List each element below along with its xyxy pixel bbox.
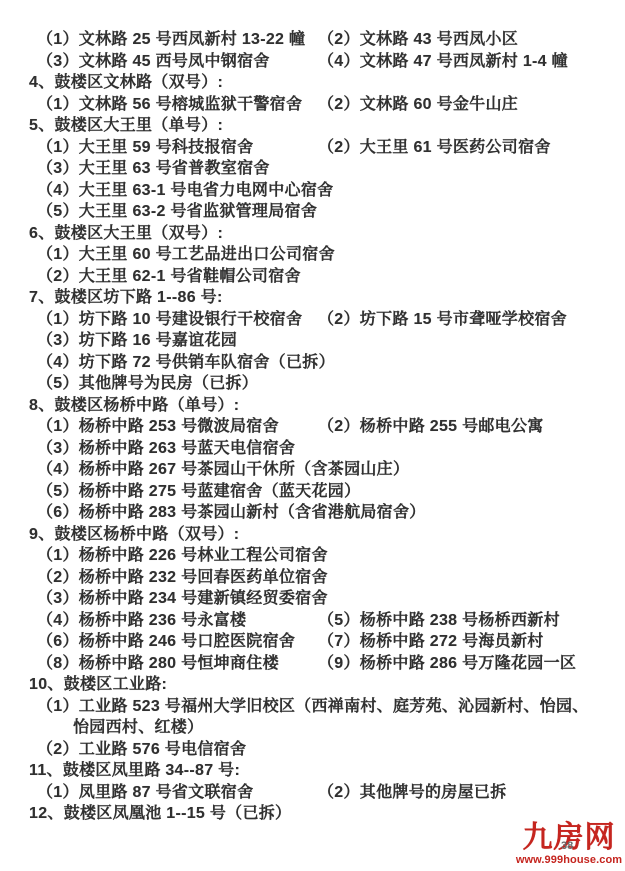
address-line: （2）工业路 576 号电信宿舍	[0, 739, 625, 761]
address-line: （5）杨桥中路 275 号蓝建宿舍（蓝天花园）	[0, 481, 625, 503]
document-lines: （1）文林路 25 号西凤新村 13-22 幢（2）文林路 43 号西凤小区（3…	[0, 29, 625, 825]
address-right: （2）大王里 61 号医药公司宿舍	[318, 137, 551, 159]
address-line: 怡园西村、红楼）	[0, 717, 625, 739]
section-heading: 7、鼓楼区坊下路 1--86 号:	[0, 287, 625, 309]
page-number: 38	[561, 841, 573, 852]
address-line: （4）坊下路 72 号供销车队宿舍（已拆）	[0, 352, 625, 374]
address-line: （1）文林路 25 号西凤新村 13-22 幢（2）文林路 43 号西凤小区	[0, 29, 625, 51]
address-left: （1）文林路 56 号榕城监狱干警宿舍	[37, 96, 302, 113]
address-right: （9）杨桥中路 286 号万隆花园一区	[318, 653, 576, 675]
section-heading: 6、鼓楼区大王里（双号）:	[0, 223, 625, 245]
address-right: （2）杨桥中路 255 号邮电公寓	[318, 416, 544, 438]
address-left: （1）杨桥中路 253 号微波局宿舍	[37, 418, 279, 435]
address-line: （3）大王里 63 号省普教室宿舍	[0, 158, 625, 180]
address-line: （1）工业路 523 号福州大学旧校区（西禅南村、庭芳苑、沁园新村、怡园、	[0, 696, 625, 718]
address-right: （2）文林路 43 号西凤小区	[318, 29, 518, 51]
section-heading: 9、鼓楼区杨桥中路（双号）:	[0, 524, 625, 546]
address-line: （3）杨桥中路 234 号建新镇经贸委宿舍	[0, 588, 625, 610]
address-line: （2）大王里 62-1 号省鞋帽公司宿舍	[0, 266, 625, 288]
section-heading: 5、鼓楼区大王里（单号）:	[0, 115, 625, 137]
address-line: （6）杨桥中路 246 号口腔医院宿舍（7）杨桥中路 272 号海员新村	[0, 631, 625, 653]
address-line: （1）大王里 60 号工艺品进出口公司宿舍	[0, 244, 625, 266]
address-line: （5）其他牌号为民房（已拆）	[0, 373, 625, 395]
address-line: （3）杨桥中路 263 号蓝天电信宿舍	[0, 438, 625, 460]
address-left: （4）杨桥中路 236 号永富楼	[37, 612, 246, 629]
address-right: （7）杨桥中路 272 号海员新村	[318, 631, 544, 653]
address-line: （4）杨桥中路 267 号茶园山干休所（含茶园山庄）	[0, 459, 625, 481]
address-left: （1）坊下路 10 号建设银行干校宿舍	[37, 311, 302, 328]
address-line: （1）坊下路 10 号建设银行干校宿舍（2）坊下路 15 号市聋哑学校宿舍	[0, 309, 625, 331]
address-right: （2）其他牌号的房屋已拆	[318, 782, 507, 804]
address-line: （1）凤里路 87 号省文联宿舍（2）其他牌号的房屋已拆	[0, 782, 625, 804]
watermark-url: www.999house.com	[515, 854, 623, 866]
address-line: （1）大王里 59 号科技报宿舍（2）大王里 61 号医药公司宿舍	[0, 137, 625, 159]
section-heading: 10、鼓楼区工业路:	[0, 674, 625, 696]
address-line: （1）杨桥中路 253 号微波局宿舍（2）杨桥中路 255 号邮电公寓	[0, 416, 625, 438]
address-line: （3）坊下路 16 号嘉谊花园	[0, 330, 625, 352]
address-line: （5）大王里 63-2 号省监狱管理局宿舍	[0, 201, 625, 223]
address-line: （3）文林路 45 西号凤中钢宿舍（4）文林路 47 号西凤新村 1-4 幢	[0, 51, 625, 73]
address-left: （1）凤里路 87 号省文联宿舍	[37, 784, 253, 801]
address-left: （3）文林路 45 西号凤中钢宿舍	[37, 53, 270, 70]
address-left: （8）杨桥中路 280 号恒坤商住楼	[37, 655, 279, 672]
section-heading: 11、鼓楼区凤里路 34--87 号:	[0, 760, 625, 782]
address-line: （1）文林路 56 号榕城监狱干警宿舍（2）文林路 60 号金牛山庄	[0, 94, 625, 116]
address-left: （1）文林路 25 号西凤新村 13-22 幢	[37, 31, 305, 48]
address-line: （1）杨桥中路 226 号林业工程公司宿舍	[0, 545, 625, 567]
address-line: （8）杨桥中路 280 号恒坤商住楼（9）杨桥中路 286 号万隆花园一区	[0, 653, 625, 675]
address-right: （4）文林路 47 号西凤新村 1-4 幢	[318, 51, 568, 73]
address-line: （4）大王里 63-1 号电省力电网中心宿舍	[0, 180, 625, 202]
scanned-document-page: （1）文林路 25 号西凤新村 13-22 幢（2）文林路 43 号西凤小区（3…	[0, 0, 625, 871]
section-heading: 8、鼓楼区杨桥中路（单号）:	[0, 395, 625, 417]
address-right: （2）文林路 60 号金牛山庄	[318, 94, 518, 116]
address-line: （6）杨桥中路 283 号茶园山新村（含省港航局宿舍）	[0, 502, 625, 524]
address-left: （6）杨桥中路 246 号口腔医院宿舍	[37, 633, 295, 650]
section-heading: 4、鼓楼区文林路（双号）:	[0, 72, 625, 94]
address-right: （5）杨桥中路 238 号杨桥西新村	[318, 610, 560, 632]
address-line: （2）杨桥中路 232 号回春医药单位宿舍	[0, 567, 625, 589]
address-line: （4）杨桥中路 236 号永富楼（5）杨桥中路 238 号杨桥西新村	[0, 610, 625, 632]
address-left: （1）大王里 59 号科技报宿舍	[37, 139, 253, 156]
address-right: （2）坊下路 15 号市聋哑学校宿舍	[318, 309, 567, 331]
